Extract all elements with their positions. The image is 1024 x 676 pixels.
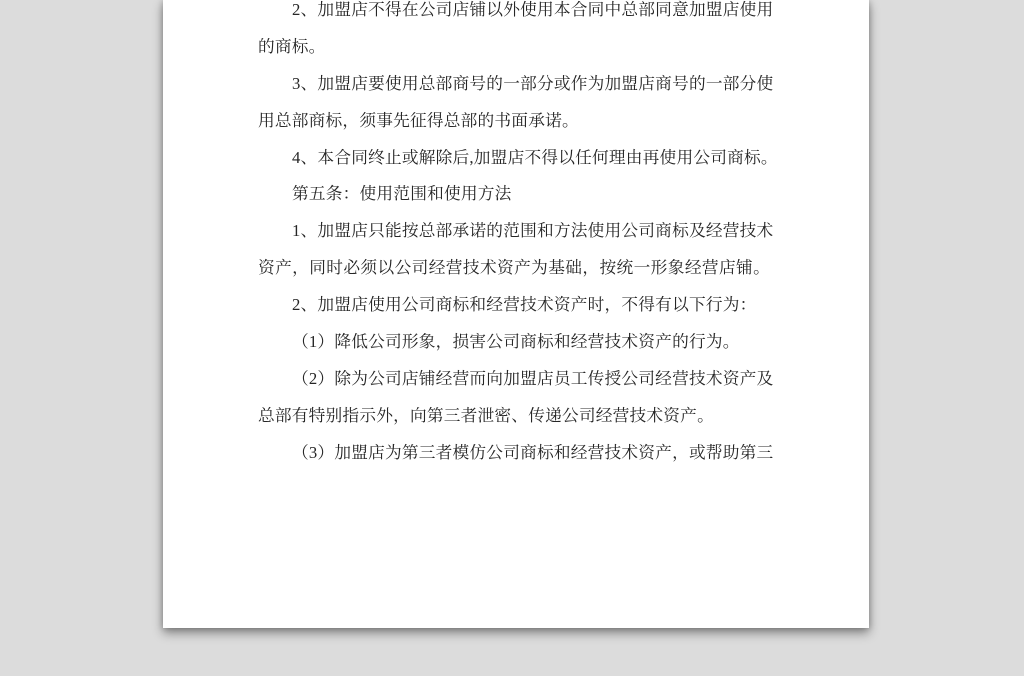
- document-line: 1、加盟店只能按总部承诺的范围和方法使用公司商标及经营技术: [258, 213, 770, 250]
- document-line: 用总部商标，须事先征得总部的书面承诺。: [258, 103, 770, 140]
- document-line: 2、加盟店使用公司商标和经营技术资产时，不得有以下行为：: [258, 287, 770, 324]
- document-line: （3）加盟店为第三者模仿公司商标和经营技术资产，或帮助第三: [258, 435, 770, 472]
- document-heading: 第五条：使用范围和使用方法: [258, 176, 770, 213]
- document-line: 资产，同时必须以公司经营技术资产为基础，按统一形象经营店铺。: [258, 250, 770, 287]
- document-line: 3、加盟店要使用总部商号的一部分或作为加盟店商号的一部分使: [258, 66, 770, 103]
- document-line: （2）除为公司店铺经营而向加盟店员工传授公司经营技术资产及: [258, 361, 770, 398]
- document-line: （1）降低公司形象，损害公司商标和经营技术资产的行为。: [258, 324, 770, 361]
- document-line: 4、本合同终止或解除后,加盟店不得以任何理由再使用公司商标。: [258, 140, 770, 177]
- document-content: 2、加盟店不得在公司店铺以外使用本合同中总部同意加盟店使用 的商标。 3、加盟店…: [258, 0, 770, 472]
- document-line: 总部有特别指示外，向第三者泄密、传递公司经营技术资产。: [258, 398, 770, 435]
- document-line: 2、加盟店不得在公司店铺以外使用本合同中总部同意加盟店使用: [258, 0, 770, 29]
- document-page: 2、加盟店不得在公司店铺以外使用本合同中总部同意加盟店使用 的商标。 3、加盟店…: [163, 0, 869, 628]
- canvas: 2、加盟店不得在公司店铺以外使用本合同中总部同意加盟店使用 的商标。 3、加盟店…: [0, 0, 1024, 676]
- document-line: 的商标。: [258, 29, 770, 66]
